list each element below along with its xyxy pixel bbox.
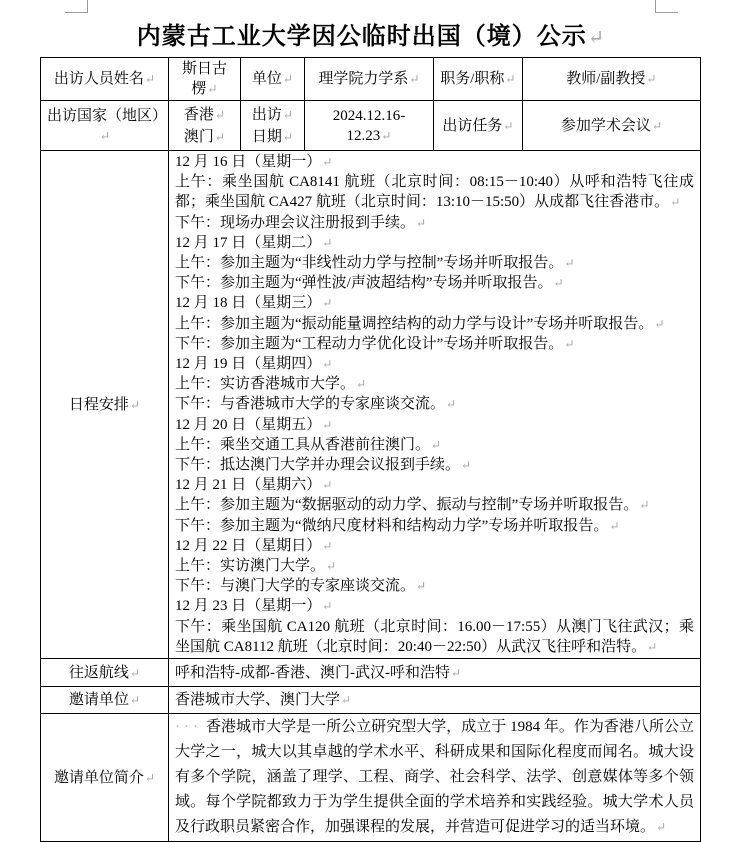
schedule-paragraph: 12 月 21 日（星期六）↵ [175,475,694,495]
schedule-paragraph-text: 12 月 22 日（星期日） [175,538,321,554]
cell-task-label: 出访任务↵ [434,101,523,151]
schedule-paragraph: 下午：现场办理会议注册报到手续。↵ [175,213,694,233]
schedule-paragraph-text: 上午：参加主题为“数据驱动的动力学、振动与控制”专场并听取报告。 [175,497,638,513]
schedule-paragraph: 下午：参加主题为“微纳尺度材料和结构动力学”专场并听取报告。↵ [175,516,694,536]
schedule-paragraph: 12 月 20 日（星期五）↵ [175,415,694,435]
schedule-paragraph: 上午：实访澳门大学。↵ [175,556,694,576]
schedule-paragraph-text: 12 月 17 日（星期二） [175,235,321,251]
page-title: 内蒙古工业大学因公临时出国（境）公示↵ [0,16,741,51]
route-label-text: 往返航线 [69,665,129,681]
cell-return-mark: ↵ [322,236,332,250]
schedule-paragraph: 上午：乘坐交通工具从香港前往澳门。↵ [175,435,694,455]
task-value-text: 参加学术会议 [561,118,651,134]
cell-line: 澳门↵ [175,126,234,148]
schedule-label-text: 日程安排 [69,397,129,413]
cell-intro-value: ···香港城市大学是一所公立研究型大学，成立于 1984 年。作为香港八所公立大… [169,714,701,842]
cell-return-mark: ↵ [652,119,662,133]
schedule-paragraph: 12 月 23 日（星期一）↵ [175,596,694,616]
space-marks: ··· [175,719,202,735]
schedule-paragraph: 下午：抵达澳门大学并办理会议报到手续。↵ [175,455,694,475]
cell-return-mark: ↵ [130,398,140,412]
cell-line-text: 出访 [252,107,282,123]
schedule-paragraph: 12 月 19 日（星期四）↵ [175,354,694,374]
cell-position-label: 职务/职称↵ [434,58,523,101]
route-value-text: 呼和浩特-成都-香港、澳门-武汉-呼和浩特 [175,665,450,681]
schedule-paragraph-text: 12 月 21 日（星期六） [175,477,321,493]
cell-return-mark: ↵ [647,640,657,654]
cell-return-mark: ↵ [564,337,574,351]
schedule-paragraph: 下午：参加主题为“弹性波/声波超结构”专场并听取报告。↵ [175,273,694,293]
schedule-paragraph-text: 下午：参加主题为“工程动力学优化设计”专场并听取报告。 [175,336,563,352]
schedule-paragraph-text: 下午：现场办理会议注册报到手续。 [175,215,415,231]
cell-return-mark: ↵ [554,276,564,290]
cell-line-text: 香港 [184,107,214,123]
schedule-paragraph-text: 12 月 19 日（星期四） [175,356,321,372]
cell-return-mark: ↵ [145,771,155,785]
cell-return-mark: ↵ [145,72,155,86]
cell-destination-label: 出访国家（地区）↵ [41,101,169,151]
table-row-schedule: 日程安排↵ 12 月 16 日（星期一）↵上午：乘坐国航 CA8141 航班（北… [41,151,701,659]
cell-return-mark: ↵ [322,357,332,371]
cell-return-mark: ↵ [322,539,332,553]
schedule-paragraph-text: 12 月 20 日（星期五） [175,417,321,433]
notice-table: 出访人员姓名↵ 斯日古楞↵ 单位↵ 理学院力学系↵ 职务/职称↵ 教师/副教授↵… [40,57,701,842]
intro-paragraph: ···香港城市大学是一所公立研究型大学，成立于 1984 年。作为香港八所公立大… [175,715,694,840]
schedule-paragraph-text: 上午：参加主题为“振动能量调控结构的动力学与设计”专场并听取报告。 [175,316,653,332]
table-row-inviter: 邀请单位↵ 香港城市大学、澳门大学↵ [41,687,701,714]
paragraph-return-mark: ↵ [588,27,604,49]
cell-task-value: 参加学术会议↵ [523,101,701,151]
cell-schedule-label: 日程安排↵ [41,151,169,659]
table-row-destination: 出访国家（地区）↵ 香港↵澳门↵ 出访↵日期↵ 2024.12.16-12.23… [41,101,701,151]
cell-unit-label: 单位↵ [241,58,305,101]
cell-return-mark: ↵ [322,296,332,310]
page-margin-mark-left-icon [65,0,88,13]
unit-label-text: 单位 [252,71,282,87]
schedule-paragraph: 下午：乘坐国航 CA120 航班（北京时间：16.00－17:55）从澳门飞往武… [175,617,694,657]
task-label-text: 出访任务 [442,118,502,134]
inviter-label-text: 邀请单位 [69,692,129,708]
cell-return-mark: ↵ [326,559,336,573]
cell-dates-value: 2024.12.16-12.23↵ [305,101,434,151]
cell-return-mark: ↵ [322,418,332,432]
cell-return-mark: ↵ [341,693,351,707]
cell-return-mark: ↵ [381,129,391,143]
cell-return-mark: ↵ [503,119,513,133]
table-row-route: 往返航线↵ 呼和浩特-成都-香港、澳门-武汉-呼和浩特↵ [41,659,701,687]
cell-return-mark: ↵ [283,108,293,122]
cell-return-mark: ↵ [431,438,441,452]
cell-position-value: 教师/副教授↵ [523,58,701,101]
cell-return-mark: ↵ [451,666,461,680]
page-title-text: 内蒙古工业大学因公临时出国（境）公示 [137,24,587,50]
schedule-paragraph-text: 下午：与香港城市大学的专家座谈交流。 [175,396,445,412]
schedule-paragraph: 下午：与香港城市大学的专家座谈交流。↵ [175,394,694,414]
schedule-paragraph: 12 月 22 日（星期日）↵ [175,536,694,556]
intro-value-text: 香港城市大学是一所公立研究型大学，成立于 1984 年。作为香港八所公立大学之一… [175,719,694,835]
cell-return-mark: ↵ [130,693,140,707]
person-name-text: 斯日古楞 [182,61,227,97]
schedule-paragraph: 上午：参加主题为“非线性动力学与控制”专场并听取报告。↵ [175,253,694,273]
schedule-paragraph-text: 下午：参加主题为“微纳尺度材料和结构动力学”专场并听取报告。 [175,518,608,534]
schedule-paragraph: 上午：乘坐国航 CA8141 航班（北京时间：08:15－10:40）从呼和浩特… [175,172,694,212]
table-row-inviter-intro: 邀请单位简介↵ ···香港城市大学是一所公立研究型大学，成立于 1984 年。作… [41,714,701,842]
cell-destination-value: 香港↵澳门↵ [169,101,241,151]
cell-unit-value: 理学院力学系↵ [305,58,434,101]
cell-return-mark: ↵ [322,599,332,613]
cell-return-mark: ↵ [654,317,664,331]
cell-line: 日期↵ [247,126,298,148]
cell-return-mark: ↵ [322,155,332,169]
cell-schedule-content: 12 月 16 日（星期一）↵上午：乘坐国航 CA8141 航班（北京时间：08… [169,151,701,659]
dates-value-text: 2024.12.16-12.23 [333,108,406,144]
schedule-paragraph-text: 上午：参加主题为“非线性动力学与控制”专场并听取报告。 [175,255,563,271]
cell-return-mark: ↵ [639,498,649,512]
schedule-paragraph-text: 上午：实访香港城市大学。 [175,376,355,392]
schedule-paragraph: 上午：实访香港城市大学。↵ [175,374,694,394]
cell-line: 香港↵ [175,104,234,126]
position-value-text: 教师/副教授 [566,71,645,87]
cell-line: 出访↵ [247,104,298,126]
cell-route-label: 往返航线↵ [41,659,169,687]
schedule-paragraph: 上午：参加主题为“振动能量调控结构的动力学与设计”专场并听取报告。↵ [175,314,694,334]
cell-line-text: 澳门 [184,129,214,145]
schedule-paragraph-text: 下午：抵达澳门大学并办理会议报到手续。 [175,457,460,473]
schedule-paragraph-text: 上午：实访澳门大学。 [175,558,325,574]
table-row-person: 出访人员姓名↵ 斯日古楞↵ 单位↵ 理学院力学系↵ 职务/职称↵ 教师/副教授↵ [41,58,701,101]
cell-return-mark: ↵ [409,72,419,86]
cell-return-mark: ↵ [609,519,619,533]
cell-person-name-label: 出访人员姓名↵ [41,58,169,101]
schedule-paragraph: 下午：参加主题为“工程动力学优化设计”专场并听取报告。↵ [175,334,694,354]
cell-return-mark: ↵ [564,256,574,270]
cell-return-mark: ↵ [322,478,332,492]
cell-return-mark: ↵ [646,72,656,86]
cell-dates-label: 出访↵日期↵ [241,101,305,151]
schedule-paragraph: 12 月 18 日（星期三）↵ [175,293,694,313]
schedule-paragraph: 下午：与澳门大学的专家座谈交流。↵ [175,576,694,596]
cell-return-mark: ↵ [100,129,110,143]
position-label-text: 职务/职称 [440,71,504,87]
cell-return-mark: ↵ [130,666,140,680]
cell-return-mark: ↵ [356,377,366,391]
cell-route-value: 呼和浩特-成都-香港、澳门-武汉-呼和浩特↵ [169,659,701,687]
intro-label-text: 邀请单位简介 [54,770,144,786]
person-name-label-text: 出访人员姓名 [54,71,144,87]
page-margin-mark-right-icon [655,0,678,13]
cell-return-mark: ↵ [446,397,456,411]
schedule-paragraph: 上午：参加主题为“数据驱动的动力学、振动与控制”专场并听取报告。↵ [175,495,694,515]
inviter-value-text: 香港城市大学、澳门大学 [175,692,340,708]
schedule-paragraph: 12 月 16 日（星期一）↵ [175,152,694,172]
cell-return-mark: ↵ [670,195,680,209]
cell-return-mark: ↵ [505,72,515,86]
cell-return-mark: ↵ [461,458,471,472]
schedule-paragraph: 12 月 17 日（星期二）↵ [175,233,694,253]
cell-return-mark: ↵ [207,82,217,96]
cell-return-mark: ↵ [416,579,426,593]
cell-line-text: 日期 [252,129,282,145]
cell-return-mark: ↵ [656,820,666,834]
destination-label-text: 出访国家（地区） [47,108,167,124]
unit-value-text: 理学院力学系 [318,71,408,87]
schedule-paragraph-text: 12 月 23 日（星期一） [175,598,321,614]
schedule-paragraph-text: 下午：参加主题为“弹性波/声波超结构”专场并听取报告。 [175,275,553,291]
cell-return-mark: ↵ [215,108,225,122]
schedule-paragraph-text: 12 月 18 日（星期三） [175,295,321,311]
cell-return-mark: ↵ [283,72,293,86]
cell-intro-label: 邀请单位简介↵ [41,714,169,842]
schedule-paragraph-text: 下午：与澳门大学的专家座谈交流。 [175,578,415,594]
cell-return-mark: ↵ [283,130,293,144]
cell-inviter-label: 邀请单位↵ [41,687,169,714]
schedule-paragraph-text: 上午：乘坐交通工具从香港前往澳门。 [175,437,430,453]
cell-inviter-value: 香港城市大学、澳门大学↵ [169,687,701,714]
schedule-paragraph-text: 上午：乘坐国航 CA8141 航班（北京时间：08:15－10:40）从呼和浩特… [175,174,694,210]
cell-return-mark: ↵ [416,216,426,230]
schedule-paragraph-text: 下午：乘坐国航 CA120 航班（北京时间：16.00－17:55）从澳门飞往武… [175,619,694,655]
schedule-paragraph-text: 12 月 16 日（星期一） [175,154,321,170]
cell-return-mark: ↵ [215,130,225,144]
cell-person-name-value: 斯日古楞↵ [169,58,241,101]
